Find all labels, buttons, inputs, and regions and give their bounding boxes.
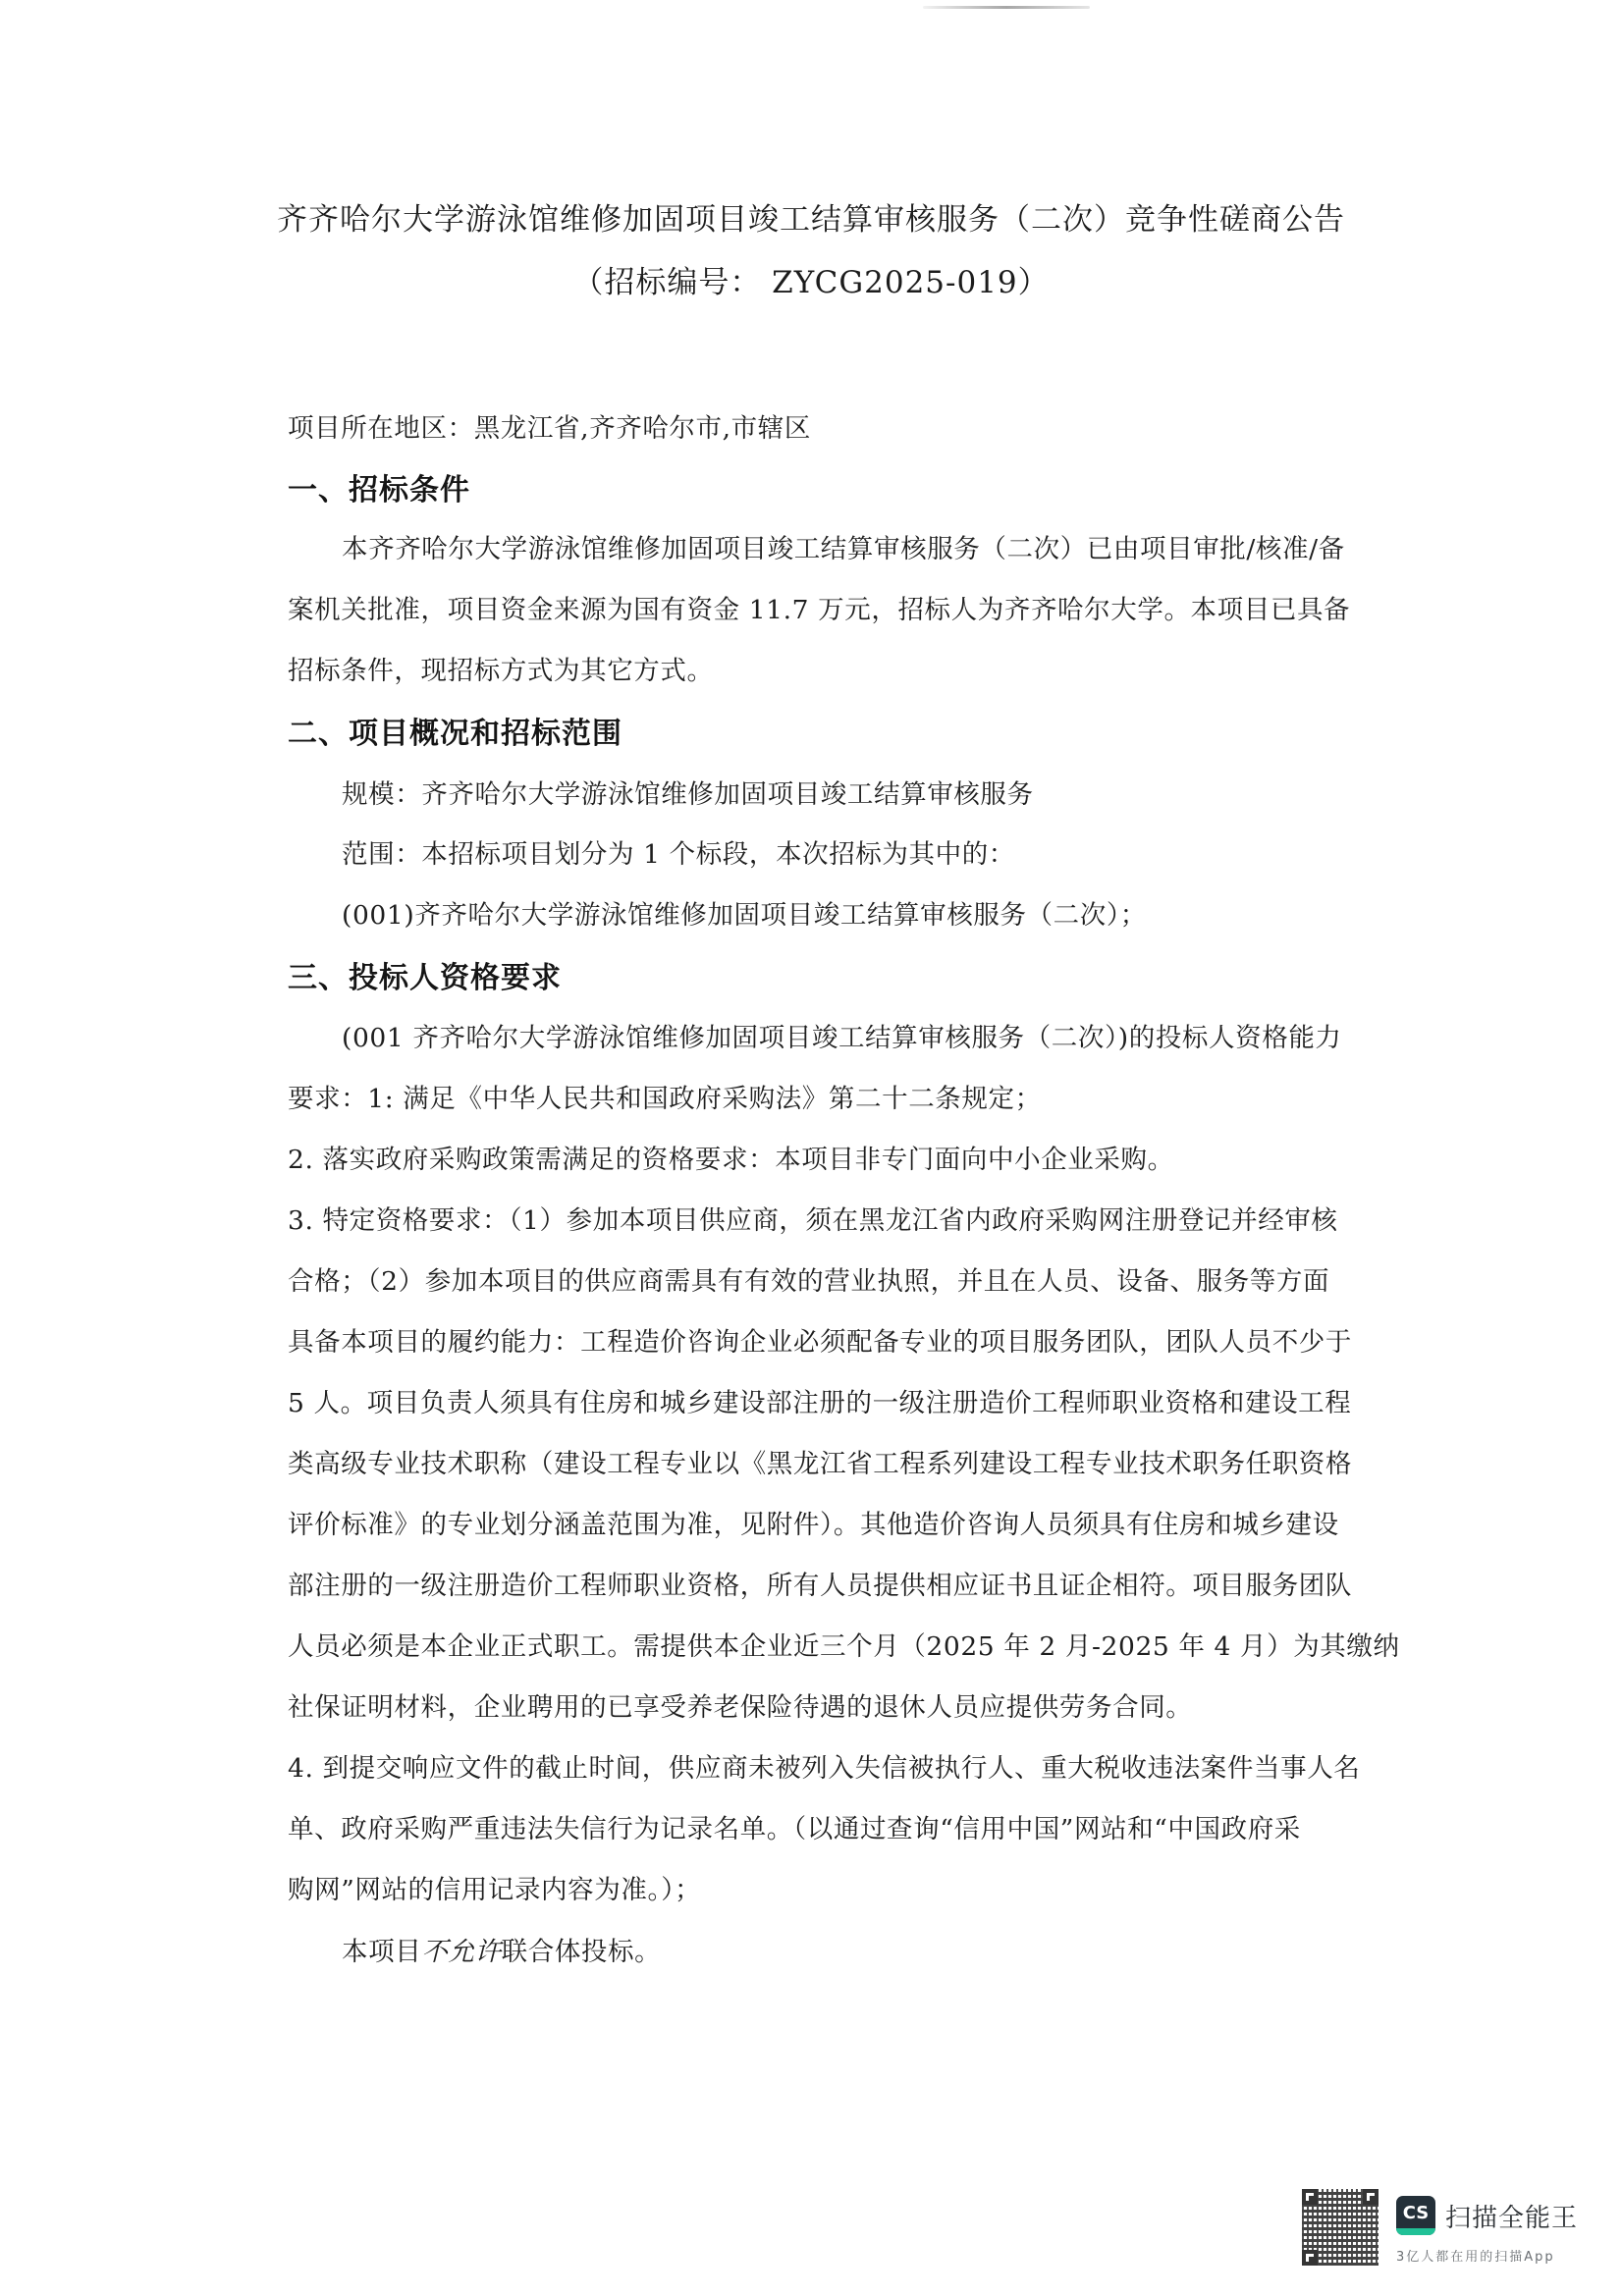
section-3-line: 5 人。项目负责人须具有住房和城乡建设部注册的一级注册造价工程师职业资格和建设工…: [288, 1381, 1351, 1419]
section-2-line: (001)齐齐哈尔大学游泳馆维修加固项目竣工结算审核服务（二次）；: [342, 893, 1147, 932]
camscanner-logo-icon: CS: [1396, 2196, 1435, 2235]
section-1-line: 招标条件，现招标方式为其它方式。: [288, 649, 714, 687]
section-heading-3: 三、投标人资格要求: [288, 953, 562, 996]
section-3-line: 社保证明材料，企业聘用的已享受养老保险待遇的退休人员应提供劳务合同。: [288, 1685, 1192, 1724]
app-name: 扫描全能王: [1445, 2198, 1578, 2234]
section-1-line: 本齐齐哈尔大学游泳馆维修加固项目竣工结算审核服务（二次）已由项目审批/核准/备: [342, 527, 1345, 565]
tender-number: （招标编号： ZYCG2025-019）: [0, 257, 1622, 301]
section-3-line: 要求：1: 满足《中华人民共和国政府采购法》第二十二条规定；: [288, 1077, 1042, 1115]
section-2-line: 范围：本招标项目划分为 1 个标段，本次招标为其中的：: [342, 832, 1015, 871]
camscanner-watermark: CS 扫描全能王 3亿人都在用的扫描App: [1302, 2189, 1596, 2277]
section-heading-1: 一、招标条件: [288, 465, 470, 508]
scan-artifact-line: [923, 6, 1090, 9]
section-1-line: 案机关批准，项目资金来源为国有资金 11.7 万元，招标人为齐齐哈尔大学。本项目…: [288, 588, 1350, 626]
section-heading-2: 二、项目概况和招标范围: [288, 709, 622, 752]
section-3-line: 人员必须是本企业正式职工。需提供本企业近三个月（2025 年 2 月-2025 …: [288, 1625, 1400, 1663]
section-3-line: 2. 落实政府采购政策需满足的资格要求：本项目非专门面向中小企业采购。: [288, 1138, 1174, 1176]
section-3-line: 具备本项目的履约能力：工程造价咨询企业必须配备专业的项目服务团队，团队人员不少于: [288, 1320, 1352, 1359]
section-3-line: 部注册的一级注册造价工程师职业资格，所有人员提供相应证书且证企相符。项目服务团队: [288, 1564, 1352, 1602]
consortium-italic: 不允许: [421, 1937, 501, 1967]
section-3-line: 评价标准》的专业划分涵盖范围为准，见附件）。其他造价咨询人员须具有住房和城乡建设: [288, 1503, 1339, 1541]
section-3-line: 类高级专业技术职称（建设工程专业以《黑龙江省工程系列建设工程专业技术职务任职资格: [288, 1442, 1352, 1480]
project-location: 项目所在地区：黑龙江省,齐齐哈尔市,市辖区: [288, 406, 811, 445]
document-title: 齐齐哈尔大学游泳馆维修加固项目竣工结算审核服务（二次）竞争性磋商公告: [0, 194, 1622, 239]
qr-code-icon: [1302, 2189, 1379, 2266]
section-3-line: (001 齐齐哈尔大学游泳馆维修加固项目竣工结算审核服务（二次）)的投标人资格能…: [342, 1016, 1342, 1054]
app-tagline: 3亿人都在用的扫描App: [1396, 2246, 1555, 2265]
section-3-line: 单、政府采购严重违法失信行为记录名单。（以通过查询“信用中国”网站和“中国政府采: [288, 1807, 1301, 1845]
section-3-line: 购网”网站的信用记录内容为准。）；: [288, 1868, 701, 1906]
section-3-line: 4. 到提交响应文件的截止时间，供应商未被列入失信被执行人、重大税收违法案件当事…: [288, 1746, 1360, 1785]
section-3-line: 合格；（2）参加本项目的供应商需具有有效的营业执照，并且在人员、设备、服务等方面: [288, 1259, 1329, 1298]
consortium-suffix: 联合体投标。: [502, 1937, 662, 1967]
consortium-prefix: 本项目: [342, 1937, 421, 1967]
consortium-statement: 本项目不允许联合体投标。: [342, 1930, 661, 1968]
section-3-line: 3. 特定资格要求：（1）参加本项目供应商，须在黑龙江省内政府采购网注册登记并经…: [288, 1199, 1338, 1237]
section-2-line: 规模：齐齐哈尔大学游泳馆维修加固项目竣工结算审核服务: [342, 773, 1034, 811]
